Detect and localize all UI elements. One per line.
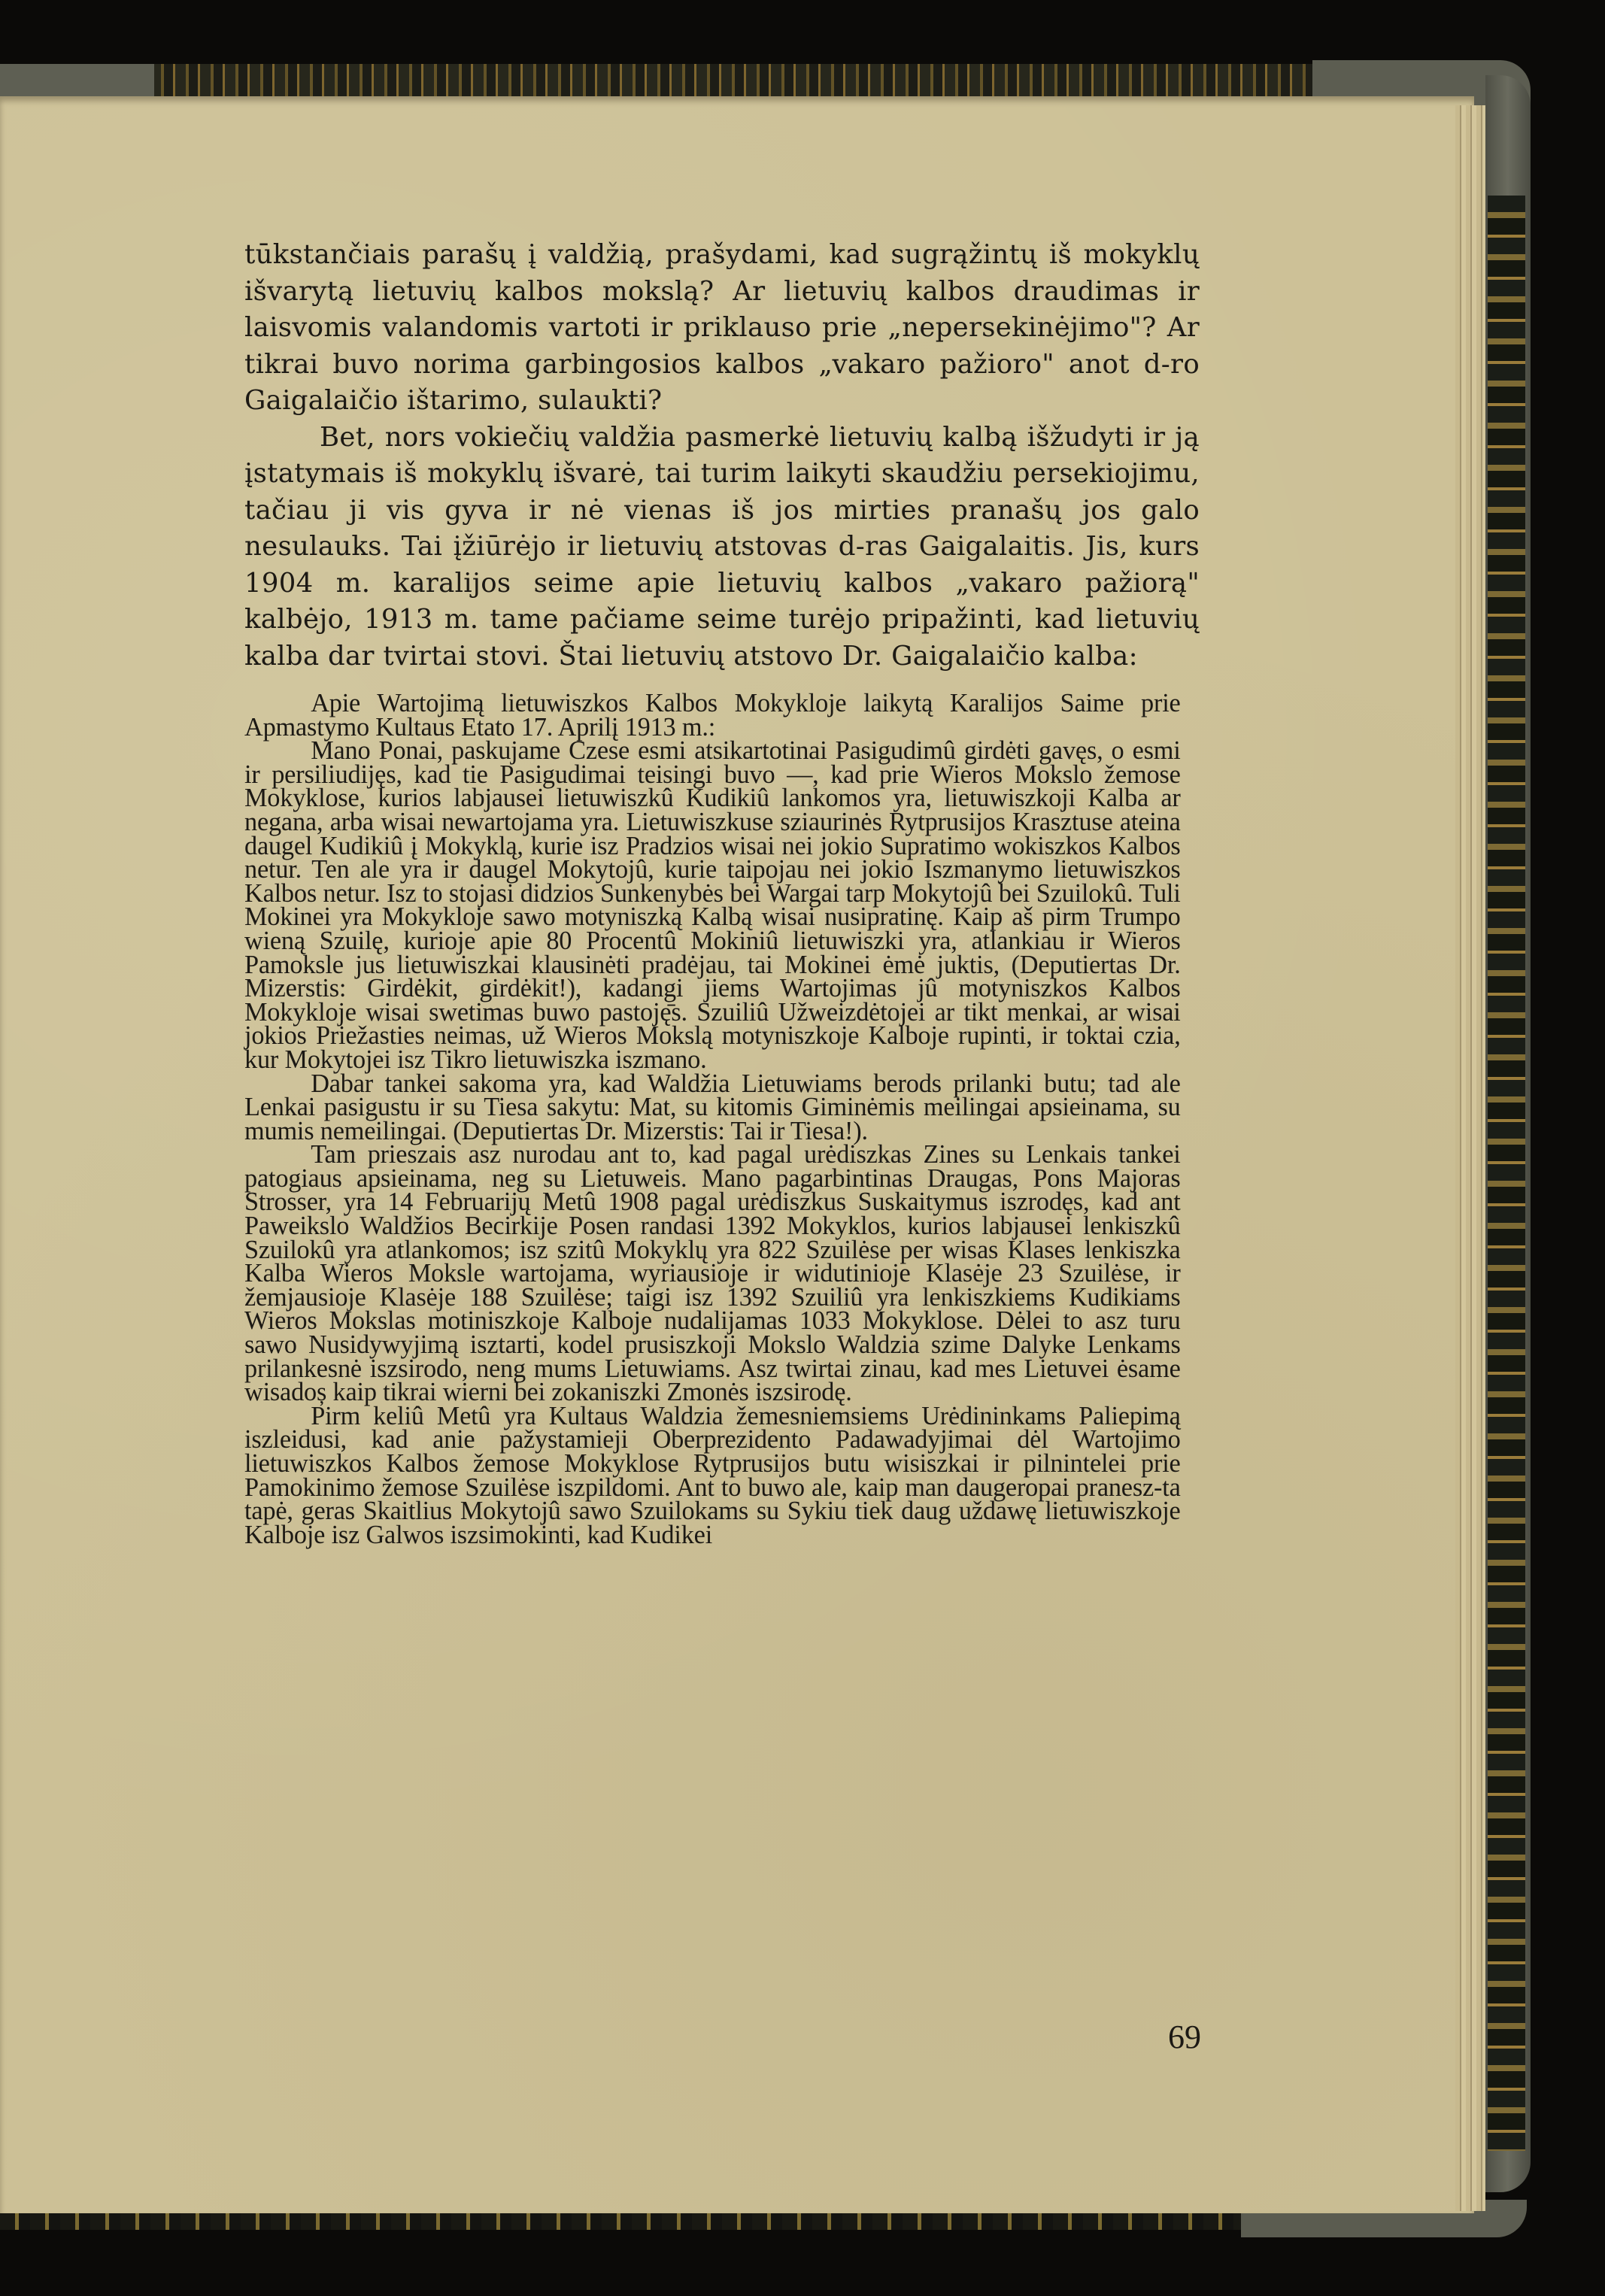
page-number: 69 bbox=[1168, 2018, 1201, 2056]
page-text: tūkstančiais parašų į valdžią, prašydami… bbox=[244, 237, 1200, 1546]
paragraph: tūkstančiais parašų į valdžią, prašydami… bbox=[244, 237, 1200, 420]
quoted-speech-section: Apie Wartojimą lietuwiszkos Kalbos Mokyk… bbox=[244, 691, 1200, 1546]
speech-heading: Apie Wartojimą lietuwiszkos Kalbos Mokyk… bbox=[244, 691, 1181, 739]
paragraph: Tam prieszais asz nurodau ant to, kad pa… bbox=[244, 1142, 1181, 1404]
paragraph: Dabar tankei sakoma yra, kad Waldžia Lie… bbox=[244, 1072, 1181, 1143]
modern-lithuanian-section: tūkstančiais parašų į valdžią, prašydami… bbox=[244, 237, 1200, 675]
book-marbled-board bbox=[1488, 196, 1525, 2151]
paragraph: Bet, nors vokiečių valdžia pasmerkė liet… bbox=[244, 420, 1200, 675]
paragraph: Mano Ponai, paskujame Czese esmi atsikar… bbox=[244, 739, 1181, 1071]
paragraph: Pirm keliû Metû yra Kultaus Waldzia žeme… bbox=[244, 1404, 1181, 1547]
page-edges bbox=[1455, 105, 1485, 2211]
